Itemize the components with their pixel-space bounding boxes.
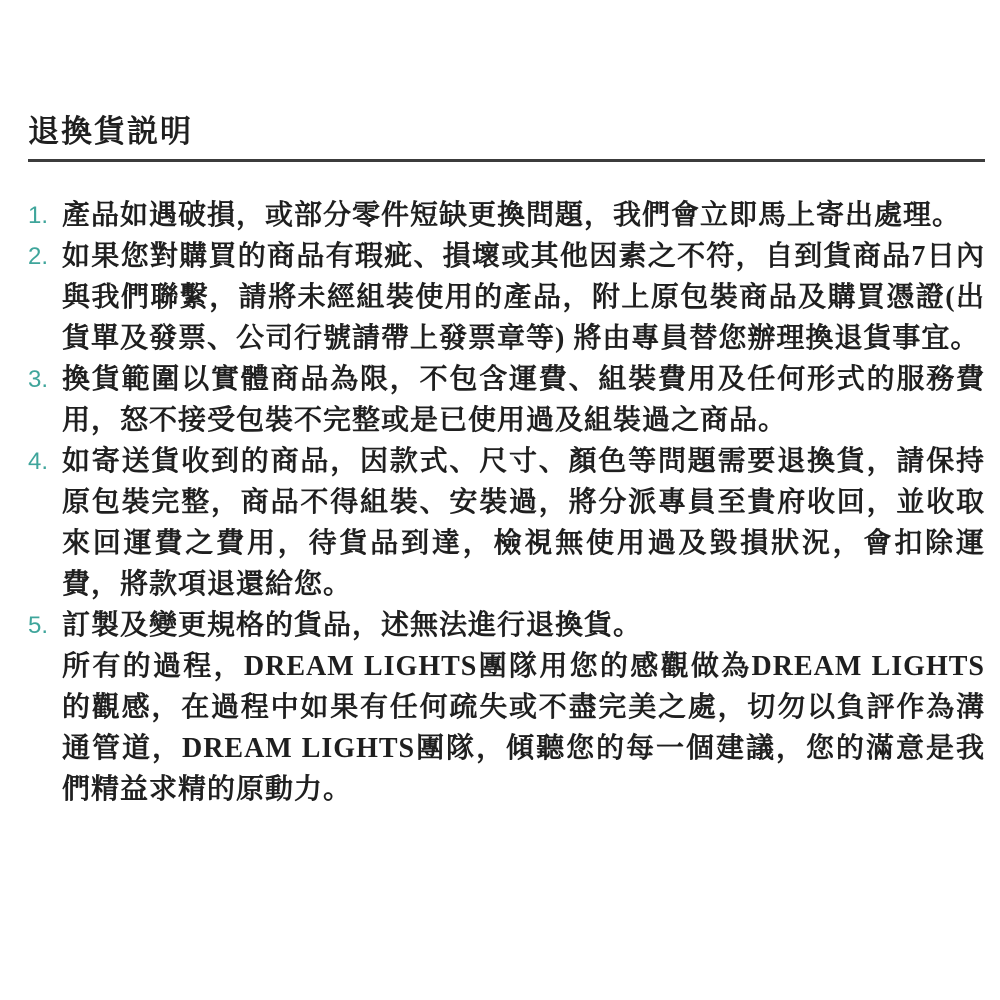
- policy-item-3: 3. 換貨範圍以實體商品為限，不包含運費、組裝費用及任何形式的服務費用，怒不接受…: [28, 359, 985, 441]
- title-divider: [28, 159, 985, 162]
- item-number: 3.: [28, 359, 48, 400]
- item-text: 如果您對購買的商品有瑕疵、損壞或其他因素之不符，自到貨商品7日內與我們聯繫，請將…: [62, 241, 985, 354]
- policy-item-4: 4. 如寄送貨收到的商品，因款式、尺寸、顏色等問題需要退換貨，請保持原包裝完整，…: [28, 441, 985, 605]
- item-number: 5.: [28, 605, 48, 646]
- item-text: 訂製及變更規格的貨品，述無法進行退換貨。: [62, 610, 642, 641]
- item-text: 換貨範圍以實體商品為限，不包含運費、組裝費用及任何形式的服務費用，怒不接受包裝不…: [62, 364, 985, 436]
- item-number: 1.: [28, 195, 48, 236]
- policy-list: 1. 產品如遇破損，或部分零件短缺更換問題，我們會立即馬上寄出處理。 2. 如果…: [28, 195, 985, 646]
- item-text: 如寄送貨收到的商品，因款式、尺寸、顏色等問題需要退換貨，請保持原包裝完整，商品不…: [62, 446, 985, 600]
- item-number: 4.: [28, 441, 48, 482]
- policy-item-2: 2. 如果您對購買的商品有瑕疵、損壞或其他因素之不符，自到貨商品7日內與我們聯繫…: [28, 236, 985, 359]
- policy-item-1: 1. 產品如遇破損，或部分零件短缺更換問題，我們會立即馬上寄出處理。: [28, 195, 985, 236]
- item-number: 2.: [28, 236, 48, 277]
- closing-paragraph: 所有的過程，DREAM LIGHTS團隊用您的感觀做為DREAM LIGHTS的…: [28, 646, 985, 810]
- return-policy-document: 退換貨説明 1. 產品如遇破損，或部分零件短缺更換問題，我們會立即馬上寄出處理。…: [28, 0, 985, 810]
- page-title: 退換貨説明: [28, 113, 985, 152]
- policy-item-5: 5. 訂製及變更規格的貨品，述無法進行退換貨。: [28, 605, 985, 646]
- item-text: 產品如遇破損，或部分零件短缺更換問題，我們會立即馬上寄出處理。: [62, 200, 961, 231]
